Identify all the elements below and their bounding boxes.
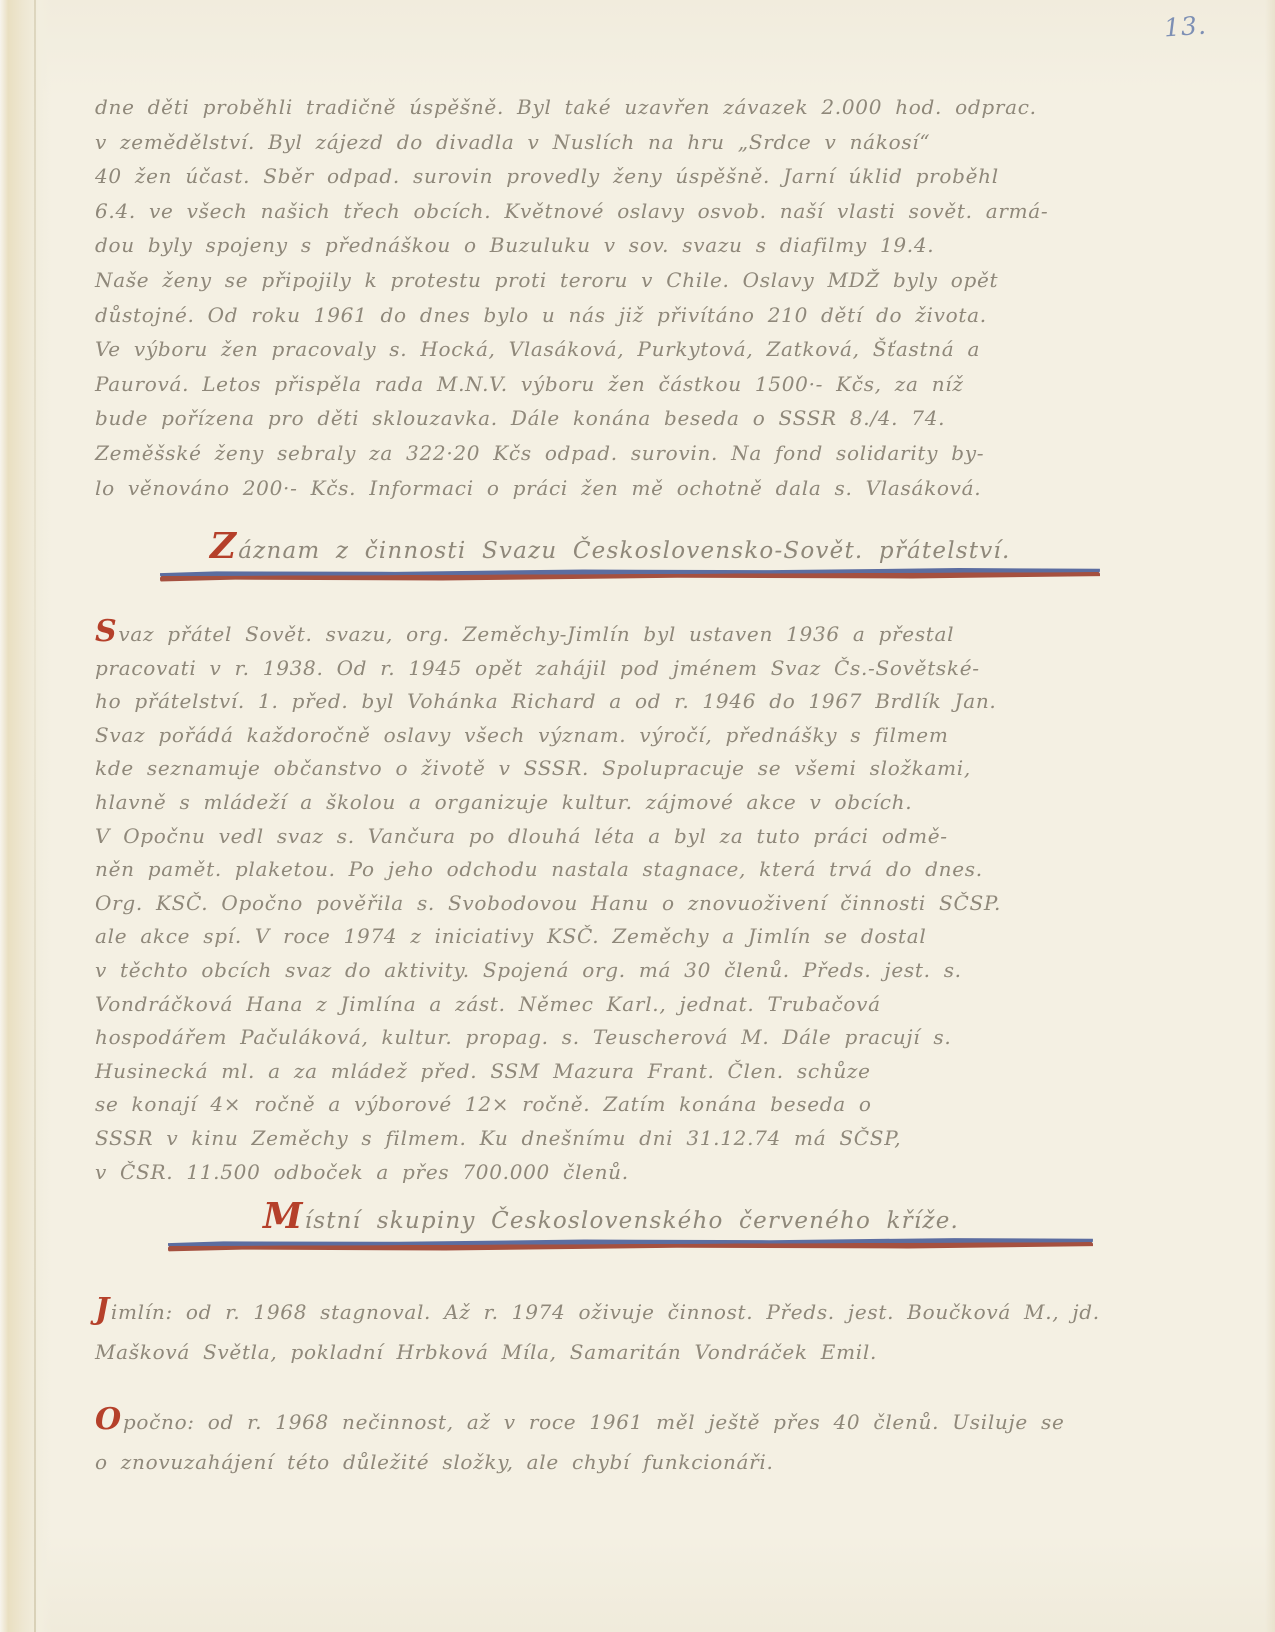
text-line: SSSR v kinu Zeměchy s filmem. Ku dnešním…	[95, 1122, 1185, 1156]
text-line: Jimlín: od r. 1968 stagnoval. Až r. 1974…	[95, 1292, 1185, 1332]
section-heading-scsp: Záznam z činnosti Svazu Československo-S…	[160, 538, 1100, 580]
text-line: dou byly spojeny s přednáškou o Buzuluku…	[95, 228, 1185, 263]
heading-text: áznam z činnosti Svazu Československo-So…	[238, 538, 1010, 564]
text-line: Husinecká ml. a za mládež před. SSM Mazu…	[95, 1055, 1185, 1089]
text-line: Zeměšské ženy sebraly za 322·20 Kčs odpa…	[95, 436, 1185, 471]
text-line: lo věnováno 200·- Kčs. Informaci o práci…	[95, 471, 1185, 506]
text-line: hospodářem Pačuláková, kultur. propag. s…	[95, 1021, 1185, 1055]
text-line: dne děti proběhli tradičně úspěšně. Byl …	[95, 90, 1185, 125]
heading-initial-letter: Z	[210, 526, 237, 567]
red-initial-letter: O	[95, 1402, 122, 1437]
heading-text: ístní skupiny Československého červeného…	[305, 1208, 959, 1234]
text-line: pracovati v r. 1938. Od r. 1945 opět zah…	[95, 652, 1185, 686]
text-line: v ČSR. 11.500 odboček a přes 700.000 čle…	[95, 1156, 1185, 1190]
text-line: Org. KSČ. Opočno pověřila s. Svobodovou …	[95, 887, 1185, 921]
heading-initial-letter: M	[263, 1196, 304, 1237]
text-line: 40 žen účast. Sběr odpad. surovin proved…	[95, 159, 1185, 194]
page-number: 13.	[1163, 11, 1208, 43]
text-line: Naše ženy se připojily k protestu proti …	[95, 263, 1185, 298]
page-left-edge	[0, 0, 52, 1632]
text-line: o znovuzahájení této důležité složky, al…	[95, 1442, 1185, 1482]
red-initial-letter: J	[95, 1292, 110, 1327]
text-line: důstojné. Od roku 1961 do dnes bylo u ná…	[95, 298, 1185, 333]
text-line: se konají 4× ročně a výborové 12× ročně.…	[95, 1088, 1185, 1122]
intro-paragraph: dne děti proběhli tradičně úspěšně. Byl …	[95, 90, 1185, 505]
text-line: bude pořízena pro děti sklouzavka. Dále …	[95, 401, 1185, 436]
text-line: něn pamět. plaketou. Po jeho odchodu nas…	[95, 853, 1185, 887]
section-heading-cck: Místní skupiny Československého červenéh…	[168, 1208, 1093, 1250]
heading-text-wrap: Záznam z činnosti Svazu Československo-S…	[160, 538, 1100, 564]
text-line: Svaz pořádá každoročně oslavy všech význ…	[95, 719, 1185, 753]
scsp-paragraph: Svaz přátel Sovět. svazu, org. Zeměchy-J…	[95, 618, 1185, 1189]
chronicle-page: 13. dne děti proběhli tradičně úspěšně. …	[0, 0, 1275, 1632]
red-initial-letter: S	[95, 614, 117, 649]
text-line: ho přátelství. 1. před. byl Vohánka Rich…	[95, 685, 1185, 719]
text-line: 6.4. ve všech našich třech obcích. Květn…	[95, 194, 1185, 229]
text-line: Svaz přátel Sovět. svazu, org. Zeměchy-J…	[95, 618, 1185, 652]
text-line: kde seznamuje občanstvo o životě v SSSR.…	[95, 752, 1185, 786]
text-line: ale akce spí. V roce 1974 z iniciativy K…	[95, 920, 1185, 954]
text-line: V Opočnu vedl svaz s. Vančura po dlouhá …	[95, 820, 1185, 854]
text-line: v těchto obcích svaz do aktivity. Spojen…	[95, 954, 1185, 988]
page-right-edge	[1265, 0, 1275, 1632]
heading-underline	[160, 567, 1100, 582]
text-line: Opočno: od r. 1968 nečinnost, až v roce …	[95, 1402, 1185, 1442]
text-line: hlavně s mládeží a školou a organizuje k…	[95, 786, 1185, 820]
jimlin-paragraph: Jimlín: od r. 1968 stagnoval. Až r. 1974…	[95, 1292, 1185, 1372]
opocno-paragraph: Opočno: od r. 1968 nečinnost, až v roce …	[95, 1402, 1185, 1482]
text-line: Vondráčková Hana z Jimlína a zást. Němec…	[95, 988, 1185, 1022]
heading-underline	[168, 1237, 1093, 1252]
text-line: Mašková Světla, pokladní Hrbková Míla, S…	[95, 1332, 1185, 1372]
text-line: v zemědělství. Byl zájezd do divadla v N…	[95, 125, 1185, 160]
text-line: Paurová. Letos přispěla rada M.N.V. výbo…	[95, 367, 1185, 402]
text-line: Ve výboru žen pracovaly s. Hocká, Vlasák…	[95, 332, 1185, 367]
heading-text-wrap: Místní skupiny Československého červenéh…	[168, 1208, 1093, 1234]
